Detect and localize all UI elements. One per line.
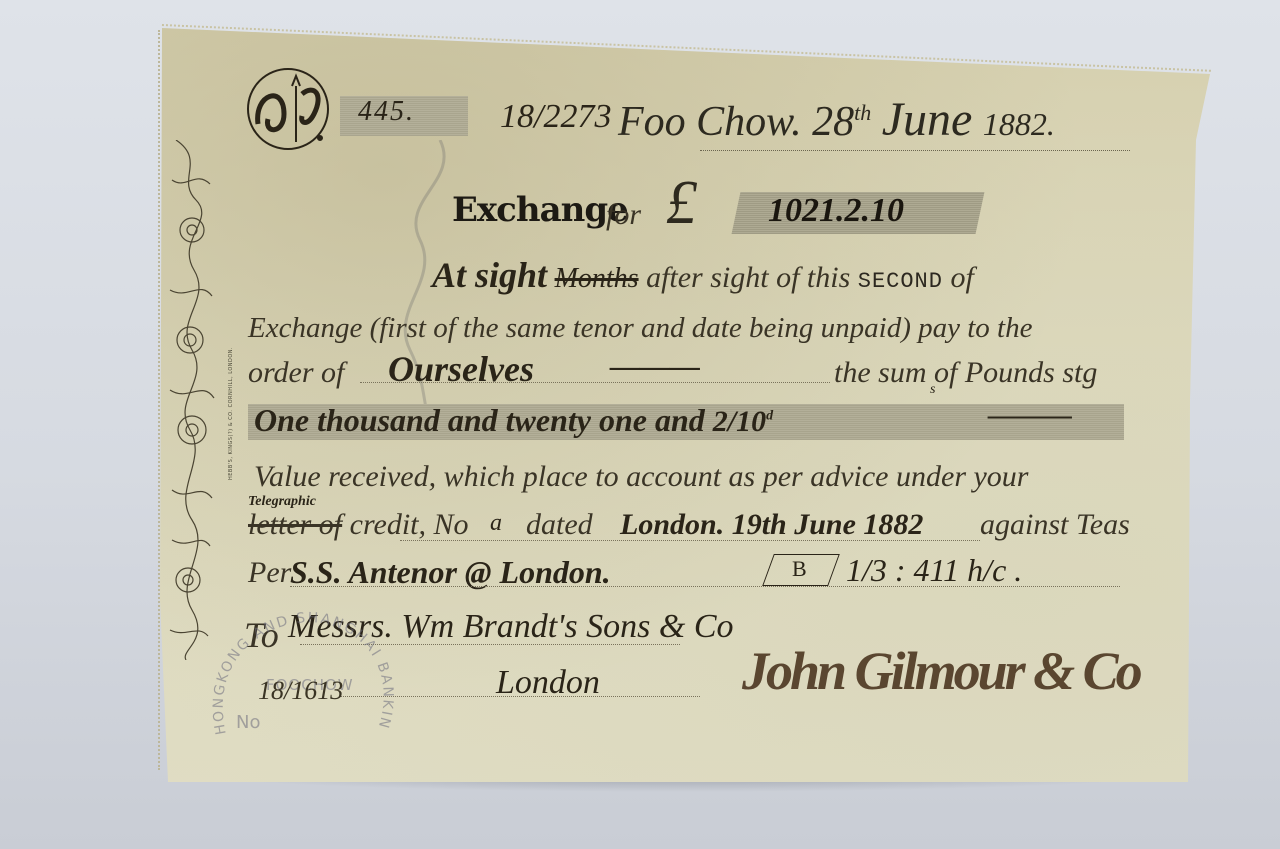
credit-line: letter of credit, No — [248, 508, 469, 542]
place-and-date: Foo Chow. 28th June 1882. — [618, 92, 1055, 147]
order-of-label: order of — [248, 356, 344, 390]
drawer-signature: John Gilmour & Co — [742, 640, 1140, 702]
number-monogram-icon — [244, 64, 344, 154]
date-day: 28 — [812, 99, 854, 145]
credit-number: a — [490, 510, 502, 537]
amount-words-dash: ——— — [988, 400, 1072, 432]
place: Foo Chow. — [618, 99, 802, 145]
tenor-struck: Months — [555, 263, 639, 294]
value-received-line: Value received, which place to account a… — [254, 460, 1028, 494]
perforated-left-edge — [158, 30, 162, 770]
acanthus-border-ornament — [166, 140, 218, 660]
copy-designation: SECOND — [858, 269, 943, 294]
serial-number: 445. — [358, 96, 415, 128]
shipment-rule — [290, 586, 1120, 587]
stamp-no-label: No — [236, 712, 260, 733]
amount-figures: 1021.2.10 — [768, 192, 904, 230]
bank-stamp: HONGKONG AND SHANGHAI BANKING CORPORATIO… — [206, 604, 406, 744]
for-label: for — [606, 198, 641, 232]
date-year: 1882. — [983, 106, 1055, 142]
credit-label: credit, No — [350, 508, 469, 541]
date-rule — [700, 150, 1130, 151]
tenor-handwritten: At sight — [432, 255, 547, 295]
per-label: Per — [248, 556, 291, 590]
against-label: against Teas — [980, 508, 1130, 542]
credit-date: London. 19th June 1882 — [620, 508, 923, 542]
credit-rule — [400, 540, 980, 541]
dated-label: dated — [526, 508, 593, 542]
payee-dash: ——— — [610, 350, 700, 384]
tenor-clause: Exchange (first of the same tenor and da… — [248, 312, 1032, 345]
amount-words: One thousand and twenty one and 2/10d — [254, 402, 773, 439]
stamp-number: 18/1613 — [258, 676, 343, 706]
date-month: June — [882, 93, 973, 146]
payee: Ourselves — [388, 348, 534, 390]
printer-imprint: HEBB'S, KINGS(?) & CO. CORNHILL, LONDON. — [228, 320, 238, 480]
shipment-lot: 1/3 : 411 h/c . — [846, 552, 1022, 589]
pound-symbol: £ — [666, 168, 697, 239]
svg-text:HONGKONG AND SHANGHAI BANKING: HONGKONG AND SHANGHAI BANKING CORPORATIO… — [206, 604, 396, 736]
credit-struck: letter of — [248, 508, 342, 541]
stamp-ring-text: HONGKONG AND SHANGHAI BANKING CORPORATIO… — [206, 604, 396, 736]
reference-number: 18/2273 — [500, 98, 611, 136]
exchange-heading: Exchange — [452, 190, 628, 230]
shillings-mark: s — [930, 382, 935, 398]
sum-label: the sum of Pounds stg — [834, 356, 1097, 390]
date-suffix: th — [854, 100, 871, 125]
tenor-line: At sight Months after sight of this SECO… — [432, 254, 974, 296]
tenor-printed: after sight of this — [646, 261, 850, 294]
shipping-mark: B — [792, 556, 807, 582]
tenor-end: of — [950, 261, 973, 294]
